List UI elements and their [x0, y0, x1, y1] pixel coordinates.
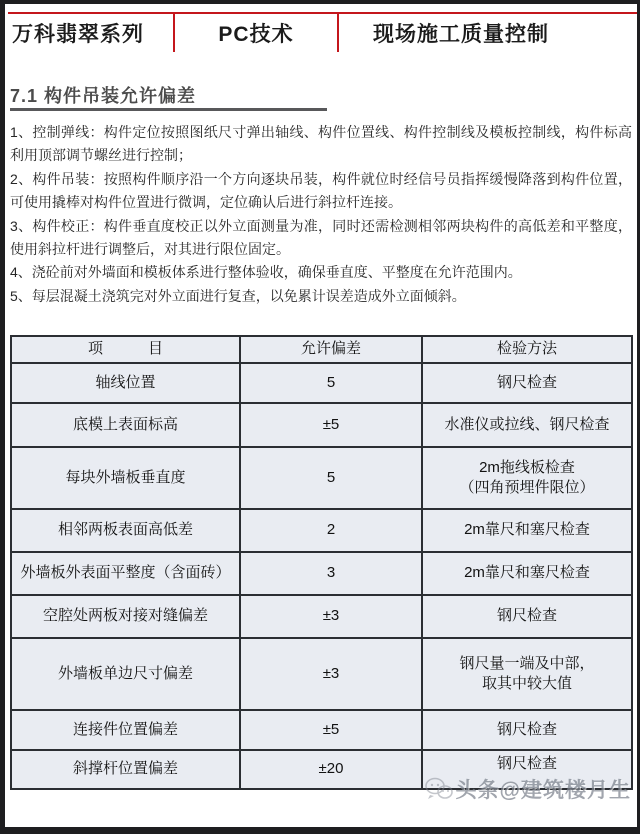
table-row: 每块外墙板垂直度 5 2m拖线板检查 （四角预埋件限位） [11, 447, 632, 509]
header-topic-label: PC技术 [218, 18, 293, 48]
header-subject: 现场施工质量控制 [337, 14, 637, 52]
table-header-row: 项 目 允许偏差 检验方法 [11, 336, 632, 363]
cell-tolerance: 2 [240, 509, 422, 552]
cell-tolerance: 5 [240, 447, 422, 509]
cell-method: 钢尺检查 [422, 750, 632, 789]
cell-tolerance: ±5 [240, 403, 422, 447]
table-row: 空腔处两板对接对缝偏差 ±3 钢尺检查 [11, 595, 632, 638]
cell-method: 2m靠尺和塞尺检查 [422, 552, 632, 595]
cell-method: 钢尺量一端及中部， 取其中较大值 [422, 638, 632, 710]
cell-tolerance: ±3 [240, 638, 422, 710]
paragraph-hoisting: 2、构件吊装：按照构件顺序沿一个方向逐块吊装，构件就位时经信号员指挥缓慢降落到构… [10, 168, 632, 215]
section-title: 7.1 构件吊装允许偏差 [10, 82, 196, 108]
cell-item: 底模上表面标高 [11, 403, 240, 447]
cell-method: 水准仪或拉线、钢尺检查 [422, 403, 632, 447]
header-subject-label: 现场施工质量控制 [373, 18, 549, 48]
cell-item: 相邻两板表面高低差 [11, 509, 240, 552]
table-row: 斜撑杆位置偏差 ±20 钢尺检查 [11, 750, 632, 789]
cell-tolerance: ±5 [240, 710, 422, 750]
column-header-item: 项 目 [11, 336, 240, 363]
page-header: 万科翡翠系列 PC技术 现场施工质量控制 [5, 14, 637, 52]
cell-item: 每块外墙板垂直度 [11, 447, 240, 509]
section-title-underline [10, 108, 327, 111]
table-row: 底模上表面标高 ±5 水准仪或拉线、钢尺检查 [11, 403, 632, 447]
cell-tolerance: 3 [240, 552, 422, 595]
cell-item: 外墙板外表面平整度（含面砖） [11, 552, 240, 595]
table-row: 外墙板单边尺寸偏差 ±3 钢尺量一端及中部， 取其中较大值 [11, 638, 632, 710]
body-paragraphs: 1、控制弹线：构件定位按照图纸尺寸弹出轴线、构件位置线、构件控制线及模板控制线，… [10, 121, 632, 308]
table-row: 轴线位置 5 钢尺检查 [11, 363, 632, 403]
cell-item: 外墙板单边尺寸偏差 [11, 638, 240, 710]
cell-item: 斜撑杆位置偏差 [11, 750, 240, 789]
cell-method: 钢尺检查 [422, 363, 632, 403]
tolerance-table: 项 目 允许偏差 检验方法 轴线位置 5 钢尺检查 底模上表面标高 ±5 水准仪… [10, 335, 633, 790]
cell-item: 连接件位置偏差 [11, 710, 240, 750]
paragraph-control-lines: 1、控制弹线：构件定位按照图纸尺寸弹出轴线、构件位置线、构件控制线及模板控制线，… [10, 121, 632, 168]
paragraph-acceptance: 4、浇砼前对外墙面和模板体系进行整体验收，确保垂直度、平整度在允许范围内。 [10, 261, 632, 284]
header-topic: PC技术 [173, 14, 337, 52]
paragraph-recheck: 5、每层混凝土浇筑完对外立面进行复查，以免累计误差造成外立面倾斜。 [10, 285, 632, 308]
paragraph-correction: 3、构件校正：构件垂直度校正以外立面测量为准，同时还需检测相邻两块构件的高低差和… [10, 215, 632, 262]
column-header-tolerance: 允许偏差 [240, 336, 422, 363]
header-series-label: 万科翡翠系列 [12, 18, 144, 48]
cell-method: 钢尺检查 [422, 710, 632, 750]
header-series: 万科翡翠系列 [5, 14, 173, 52]
cell-tolerance: ±20 [240, 750, 422, 789]
table-row: 外墙板外表面平整度（含面砖） 3 2m靠尺和塞尺检查 [11, 552, 632, 595]
cell-item: 轴线位置 [11, 363, 240, 403]
cell-tolerance: ±3 [240, 595, 422, 638]
cell-method: 2m靠尺和塞尺检查 [422, 509, 632, 552]
cell-tolerance: 5 [240, 363, 422, 403]
cell-method: 钢尺检查 [422, 595, 632, 638]
table-row: 连接件位置偏差 ±5 钢尺检查 [11, 710, 632, 750]
column-header-method: 检验方法 [422, 336, 632, 363]
cell-method: 2m拖线板检查 （四角预埋件限位） [422, 447, 632, 509]
document-page: 万科翡翠系列 PC技术 现场施工质量控制 7.1 构件吊装允许偏差 1、控制弹线… [0, 0, 640, 834]
cell-item: 空腔处两板对接对缝偏差 [11, 595, 240, 638]
table-row: 相邻两板表面高低差 2 2m靠尺和塞尺检查 [11, 509, 632, 552]
